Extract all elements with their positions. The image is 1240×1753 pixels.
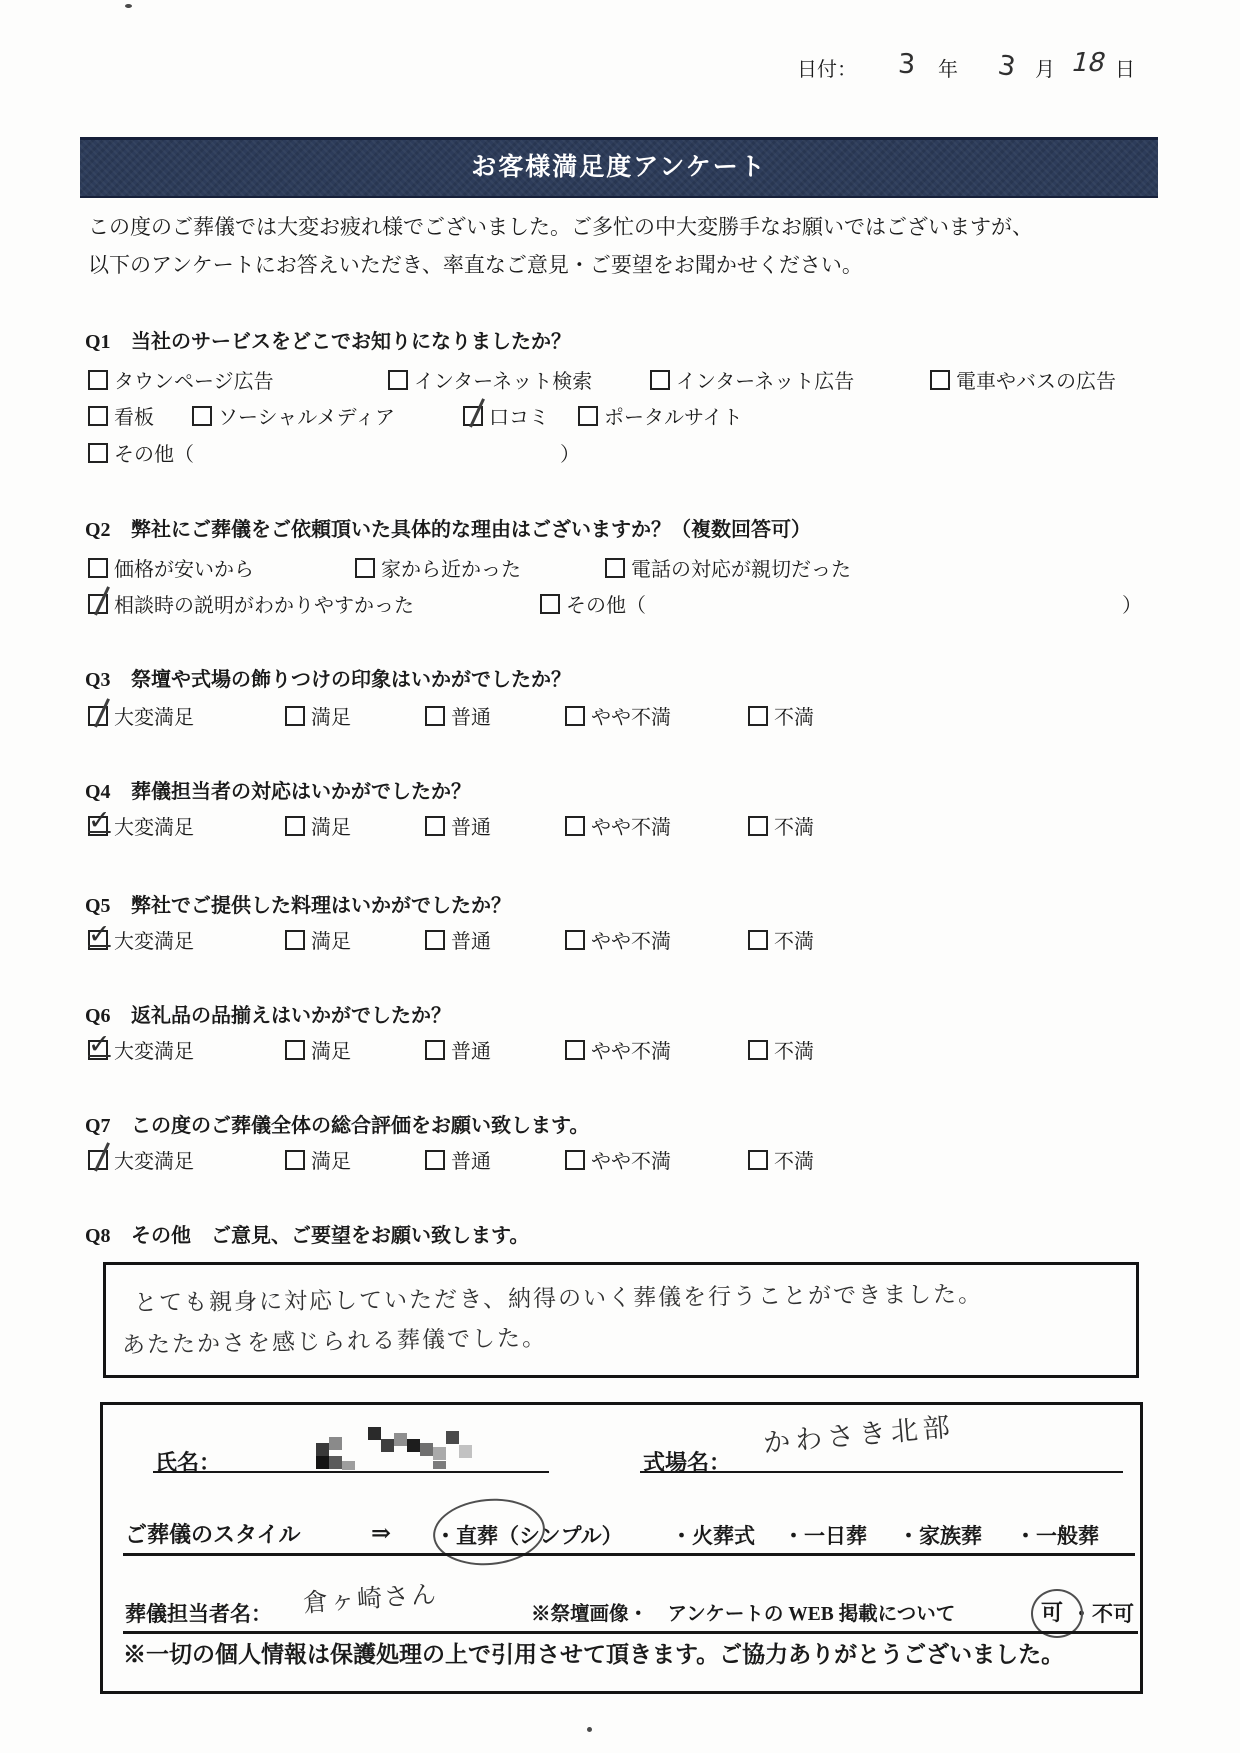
q4-number: Q4 (85, 780, 111, 805)
checkbox[interactable] (748, 816, 768, 836)
scanned-survey-page: 日付： 3 年 3 月 18 日 お客様満足度アンケート この度のご葬儀では大変… (0, 0, 1240, 1753)
option-label: インターネット検索 (414, 371, 592, 393)
option-label: 満足 (311, 707, 351, 729)
q4-option-normal[interactable]: 普通 (425, 816, 491, 841)
q6-option-satisfied[interactable]: 満足 (285, 1040, 351, 1065)
handwritten-circle-style-selection (430, 1494, 547, 1570)
web-permission-label: ※祭壇画像・ アンケートの WEB 掲載について (531, 1603, 955, 1627)
option-label: やや不満 (591, 707, 671, 729)
q3-option-slightly-dissatisfied[interactable]: やや不満 (565, 706, 671, 731)
option-label: 満足 (311, 817, 351, 839)
scan-speck (587, 1727, 592, 1732)
checkbox[interactable] (285, 930, 305, 950)
comment-box[interactable]: とても親身に対応していただき、納得のいく葬儀を行うことができました。 あたたかさ… (103, 1262, 1139, 1378)
checkmark-icon (94, 586, 110, 615)
checkmark-icon: ✓ (88, 807, 111, 834)
q2-option-phone[interactable]: 電話の対応が親切だった (605, 558, 851, 583)
q3-number: Q3 (85, 668, 111, 693)
option-label: 価格が安いから (114, 559, 254, 581)
q2-option-other[interactable]: その他（ (540, 594, 646, 619)
q5-title: 弊社でご提供した料理はいかがでしたか？ (131, 894, 511, 919)
checkbox[interactable] (285, 706, 305, 726)
date-month-unit: 月 (1035, 58, 1055, 83)
survey-title-banner: お客様満足度アンケート (80, 137, 1158, 198)
checkbox-checked[interactable] (88, 594, 108, 614)
option-label: 普通 (451, 707, 491, 729)
q1-other-close-paren: ） (560, 443, 580, 468)
staff-name-label: 葬儀担当者名： (125, 1601, 272, 1627)
q7-option-slightly-dissatisfied[interactable]: やや不満 (565, 1150, 671, 1175)
checkbox[interactable] (565, 1040, 585, 1060)
option-label: 電車やバスの広告 (956, 371, 1116, 393)
checkbox[interactable] (388, 370, 408, 390)
style-option-ippanso[interactable]: ・一般葬 (1015, 1523, 1099, 1549)
option-label: 大変満足 (114, 931, 194, 953)
checkbox-checked[interactable] (463, 406, 483, 426)
checkbox[interactable] (425, 706, 445, 726)
q7-number: Q7 (85, 1114, 111, 1139)
checkbox[interactable] (748, 1040, 768, 1060)
checkbox[interactable] (748, 930, 768, 950)
q6-option-very-satisfied-checked[interactable]: ✓大変満足 (88, 1040, 194, 1065)
q2-option-near[interactable]: 家から近かった (355, 558, 521, 583)
q5-number: Q5 (85, 894, 111, 919)
checkbox[interactable] (540, 594, 560, 614)
q5-option-dissatisfied[interactable]: 不満 (748, 930, 814, 955)
intro-line-2: 以下のアンケートにお答えいただき、率直なご意見・ご要望をお聞かせください。 (88, 252, 863, 278)
q5-option-very-satisfied-checked[interactable]: ✓大変満足 (88, 930, 194, 955)
checkbox-checked[interactable]: ✓ (88, 816, 108, 836)
checkbox[interactable] (88, 558, 108, 578)
venue-underline[interactable] (640, 1471, 1123, 1473)
option-label: 電話の対応が親切だった (631, 559, 851, 581)
footer-info-box: 氏名： 式場名： かわさき北部 ご葬儀のスタイル ⇒ ・直葬（シンプル） ・火葬… (100, 1402, 1143, 1694)
checkmark-icon (469, 398, 485, 427)
date-year-unit: 年 (938, 58, 958, 83)
checkbox[interactable] (565, 930, 585, 950)
option-label: 満足 (311, 931, 351, 953)
arrow-icon: ⇒ (371, 1519, 391, 1549)
q7-option-very-satisfied-checked[interactable]: 大変満足 (88, 1150, 194, 1175)
option-label: 不満 (774, 1041, 814, 1063)
option-label: やや不満 (591, 1041, 671, 1063)
date-day-handwritten: 18 (1068, 47, 1109, 80)
q3-option-satisfied[interactable]: 満足 (285, 706, 351, 731)
handwritten-comment-line-2: あたたかさを感じられる葬儀でした。 (122, 1324, 547, 1360)
option-label: インターネット広告 (676, 371, 854, 393)
option-label: 大変満足 (114, 707, 194, 729)
checkmark-icon: ✓ (88, 1031, 111, 1058)
checkbox[interactable] (425, 816, 445, 836)
q4-option-very-satisfied-checked[interactable]: ✓大変満足 (88, 816, 194, 841)
q4-option-satisfied[interactable]: 満足 (285, 816, 351, 841)
option-label: ポータルサイト (604, 407, 743, 429)
q6-option-slightly-dissatisfied[interactable]: やや不満 (565, 1040, 671, 1065)
q8-title: その他 ご意見、ご要望をお願い致します。 (131, 1224, 529, 1249)
q6-option-dissatisfied[interactable]: 不満 (748, 1040, 814, 1065)
checkbox-checked[interactable] (88, 1150, 108, 1170)
checkbox-checked[interactable]: ✓ (88, 930, 108, 950)
staff-name-handwritten: 倉ヶ崎さん (302, 1578, 439, 1619)
date-label: 日付： (797, 58, 857, 83)
checkbox[interactable] (425, 1040, 445, 1060)
checkbox[interactable] (748, 706, 768, 726)
option-label: 相談時の説明がわかりやすかった (114, 595, 414, 617)
checkmark-icon (94, 1142, 110, 1171)
q2-number: Q2 (85, 518, 111, 543)
date-month-handwritten: 3 (995, 49, 1017, 85)
date-day-unit: 日 (1115, 58, 1135, 83)
q2-option-explain-checked[interactable]: 相談時の説明がわかりやすかった (88, 594, 414, 619)
option-label: 普通 (451, 1041, 491, 1063)
checkbox[interactable] (748, 1150, 768, 1170)
q3-option-dissatisfied[interactable]: 不満 (748, 706, 814, 731)
q1-title: 当社のサービスをどこでお知りになりましたか？ (131, 330, 571, 355)
option-label: 家から近かった (381, 559, 521, 581)
q7-title: この度のご葬儀全体の総合評価をお願い致します。 (131, 1114, 589, 1139)
option-label: 満足 (311, 1151, 351, 1173)
checkbox[interactable] (88, 406, 108, 426)
style-option-ichinichiso[interactable]: ・一日葬 (783, 1523, 867, 1549)
checkbox[interactable] (565, 706, 585, 726)
q4-option-dissatisfied[interactable]: 不満 (748, 816, 814, 841)
checkbox[interactable] (88, 443, 108, 463)
checkbox[interactable] (285, 1040, 305, 1060)
option-label: 不満 (774, 707, 814, 729)
q1-option-net-ad[interactable]: インターネット広告 (650, 370, 854, 395)
q2-other-close-paren: ） (1122, 594, 1142, 619)
checkbox[interactable] (425, 930, 445, 950)
checkbox[interactable] (285, 816, 305, 836)
q1-option-social[interactable]: ソーシャルメディア (192, 406, 395, 431)
funeral-style-label: ご葬儀のスタイル (125, 1521, 301, 1549)
option-label: やや不満 (591, 1151, 671, 1173)
q5-option-normal[interactable]: 普通 (425, 930, 491, 955)
web-row-underline (528, 1631, 1138, 1634)
q4-title: 葬儀担当者の対応はいかがでしたか？ (131, 780, 471, 805)
option-label: ソーシャルメディア (218, 407, 395, 429)
staff-name-underline[interactable] (123, 1631, 563, 1634)
option-label: 口コミ (489, 407, 549, 429)
scan-speck (125, 4, 132, 8)
option-label: その他（ (114, 444, 194, 466)
option-label: やや不満 (591, 931, 671, 953)
q6-number: Q6 (85, 1004, 111, 1029)
checkbox-checked[interactable]: ✓ (88, 1040, 108, 1060)
q1-option-train-bus[interactable]: 電車やバスの広告 (930, 370, 1116, 395)
option-label: やや不満 (591, 817, 671, 839)
checkbox-checked[interactable] (88, 706, 108, 726)
q7-option-normal[interactable]: 普通 (425, 1150, 491, 1175)
redacted-name-value (298, 1417, 558, 1473)
q3-title: 祭壇や式場の飾りつけの印象はいかがでしたか？ (131, 668, 571, 693)
checkbox[interactable] (578, 406, 598, 426)
option-label: 普通 (451, 1151, 491, 1173)
option-label: 普通 (451, 817, 491, 839)
date-year-handwritten: 3 (897, 48, 916, 83)
option-label: タウンページ広告 (114, 371, 274, 393)
checkmark-icon: ✓ (88, 921, 111, 948)
venue-value-handwritten: かわさき北部 (762, 1411, 956, 1461)
option-label: 大変満足 (114, 817, 194, 839)
q8-number: Q8 (85, 1224, 111, 1249)
q1-option-signboard[interactable]: 看板 (88, 406, 154, 431)
q1-option-other[interactable]: その他（ (88, 443, 194, 468)
option-label: 大変満足 (114, 1041, 194, 1063)
option-label: 不満 (774, 1151, 814, 1173)
q6-title: 返礼品の品揃えはいかがでしたか？ (131, 1004, 451, 1029)
q7-option-satisfied[interactable]: 満足 (285, 1150, 351, 1175)
checkbox[interactable] (192, 406, 212, 426)
checkbox[interactable] (425, 1150, 445, 1170)
q1-option-net-search[interactable]: インターネット検索 (388, 370, 592, 395)
checkbox[interactable] (285, 1150, 305, 1170)
q4-option-slightly-dissatisfied[interactable]: やや不満 (565, 816, 671, 841)
privacy-note: ※一切の個人情報は保護処理の上で引用させて頂きます。ご協力ありがとうございました… (123, 1641, 1064, 1670)
q1-option-portal[interactable]: ポータルサイト (578, 406, 743, 431)
q7-option-dissatisfied[interactable]: 不満 (748, 1150, 814, 1175)
option-label: その他（ (566, 595, 646, 617)
checkmark-icon (94, 698, 110, 727)
q3-option-very-satisfied-checked[interactable]: 大変満足 (88, 706, 194, 731)
option-label: 看板 (114, 407, 154, 429)
q2-title: 弊社にご葬儀をご依頼頂いた具体的な理由はございますか？（複数回答可） (131, 518, 811, 543)
style-option-kasoshiki[interactable]: ・火葬式 (671, 1523, 755, 1549)
checkbox[interactable] (355, 558, 375, 578)
q6-option-normal[interactable]: 普通 (425, 1040, 491, 1065)
intro-line-1: この度のご葬儀では大変お疲れ様でございました。ご多忙の中大変勝手なお願いではござ… (88, 214, 1033, 240)
style-option-kazokuso[interactable]: ・家族葬 (898, 1523, 982, 1549)
checkbox[interactable] (930, 370, 950, 390)
q1-option-kuchikomi-checked[interactable]: 口コミ (463, 406, 549, 431)
checkbox[interactable] (650, 370, 670, 390)
checkbox[interactable] (565, 816, 585, 836)
checkbox[interactable] (605, 558, 625, 578)
option-label: 不満 (774, 931, 814, 953)
name-underline[interactable] (153, 1471, 549, 1473)
q2-option-price[interactable]: 価格が安いから (88, 558, 254, 583)
q1-number: Q1 (85, 330, 111, 355)
checkbox[interactable] (88, 370, 108, 390)
q3-option-normal[interactable]: 普通 (425, 706, 491, 731)
style-row-underline (123, 1553, 1135, 1556)
option-label: 普通 (451, 931, 491, 953)
option-label: 大変満足 (114, 1151, 194, 1173)
option-label: 不満 (774, 817, 814, 839)
option-label: 満足 (311, 1041, 351, 1063)
q1-option-town-page[interactable]: タウンページ広告 (88, 370, 274, 395)
q5-option-satisfied[interactable]: 満足 (285, 930, 351, 955)
q5-option-slightly-dissatisfied[interactable]: やや不満 (565, 930, 671, 955)
checkbox[interactable] (565, 1150, 585, 1170)
handwritten-comment-line-1: とても親身に対応していただき、納得のいく葬儀を行うことができました。 (134, 1281, 983, 1319)
